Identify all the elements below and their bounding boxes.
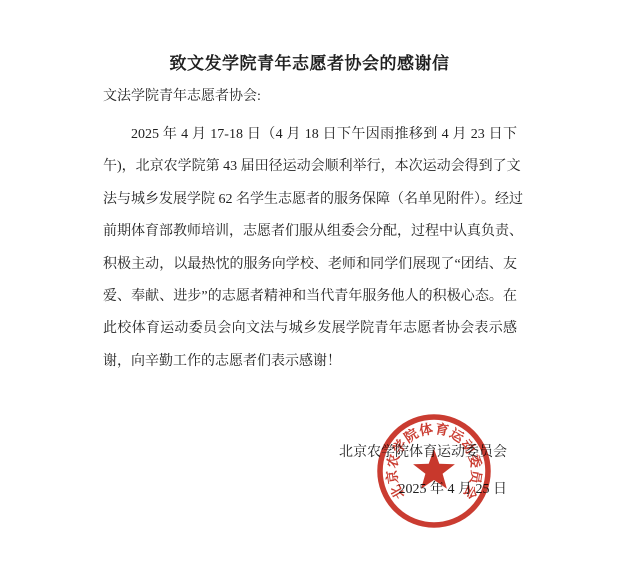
letter-body: 2025 年 4 月 17-18 日（4 月 18 日下午因雨推移到 4 月 2… — [103, 119, 517, 378]
seal-ring-char: 委 — [466, 453, 485, 470]
star-icon — [413, 449, 455, 489]
seal-ring-char: 京 — [383, 469, 401, 485]
body-line: 爱、奉献、进步”的志愿者精神和当代青年服务他人的积极心态。在 — [103, 281, 517, 313]
letter-salutation: 文法学院青年志愿者协会: — [103, 86, 261, 108]
seal-graphic: 北京农学院体育运动委员会 — [375, 412, 493, 530]
thank-you-letter-page: 致文发学院青年志愿者协会的感谢信 文法学院青年志愿者协会: 2025 年 4 月… — [0, 0, 619, 569]
seal-ring-char: 体 — [418, 420, 435, 438]
body-line: 法与城乡发展学院 62 名学生志愿者的服务保障（名单见附件）。经过 — [103, 184, 517, 216]
body-line: 积极主动，以最热忱的服务向学校、老师和同学们展现了“团结、友 — [103, 249, 517, 281]
body-line: 前期体育部教师培训，志愿者们服从组委会分配，过程中认真负责、 — [103, 216, 517, 248]
letter-title: 致文发学院青年志愿者协会的感谢信 — [0, 52, 619, 76]
body-line: 此校体育运动委员会向文法与城乡发展学院青年志愿者协会表示感 — [103, 313, 517, 345]
official-seal-stamp: 北京农学院体育运动委员会 — [375, 412, 493, 530]
body-line: 午)，北京农学院第 43 届田径运动会顺利举行，本次运动会得到了文 — [103, 151, 517, 183]
body-line: 2025 年 4 月 17-18 日（4 月 18 日下午因雨推移到 4 月 2… — [103, 119, 517, 151]
body-line: 谢，向辛勤工作的志愿者们表示感谢！ — [103, 346, 517, 378]
